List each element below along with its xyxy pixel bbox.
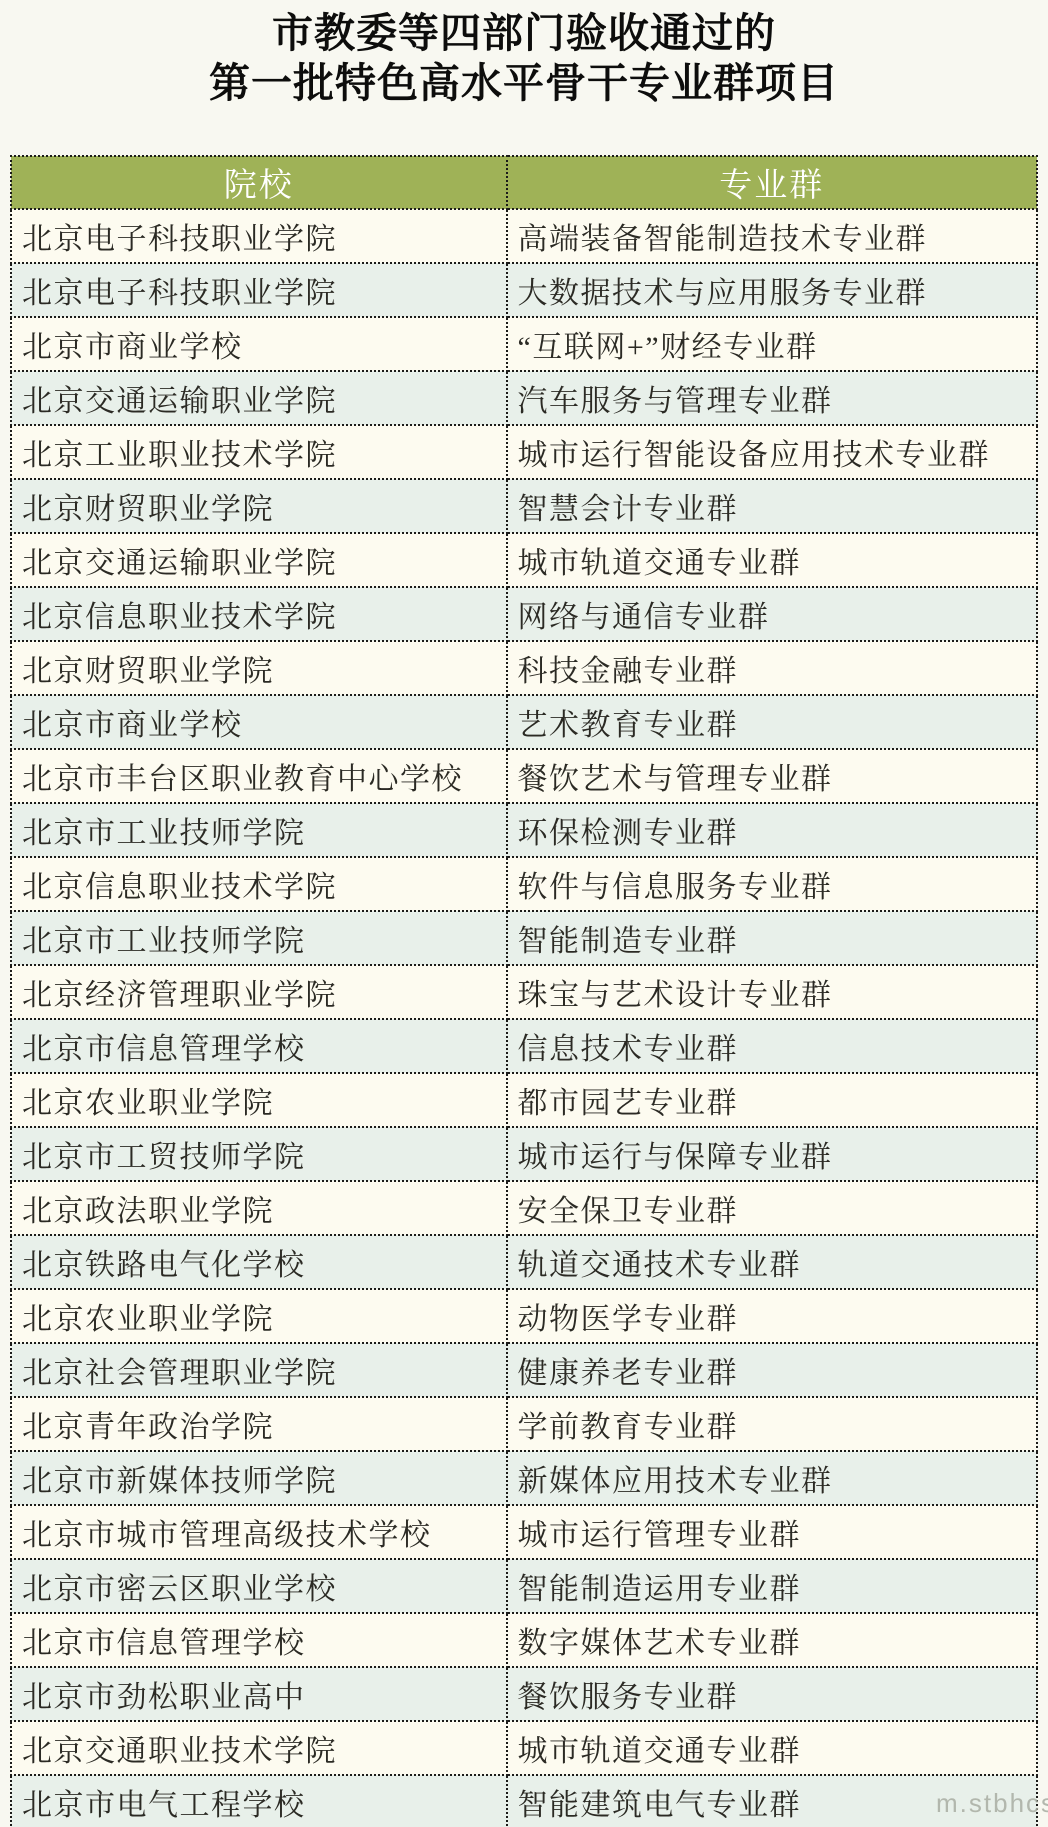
table-row: 北京财贸职业学院科技金融专业群 <box>11 641 1037 695</box>
group-cell: 城市运行智能设备应用技术专业群 <box>507 425 1037 479</box>
school-cell: 北京财贸职业学院 <box>11 641 507 695</box>
group-cell: 动物医学专业群 <box>507 1289 1037 1343</box>
table-row: 北京政法职业学院安全保卫专业群 <box>11 1181 1037 1235</box>
group-cell: “互联网+”财经专业群 <box>507 317 1037 371</box>
table-row: 北京信息职业技术学院软件与信息服务专业群 <box>11 857 1037 911</box>
school-cell: 北京市商业学校 <box>11 317 507 371</box>
school-cell: 北京市信息管理学校 <box>11 1613 507 1667</box>
table-row: 北京财贸职业学院智慧会计专业群 <box>11 479 1037 533</box>
school-cell: 北京电子科技职业学院 <box>11 209 507 263</box>
group-cell: 餐饮艺术与管理专业群 <box>507 749 1037 803</box>
column-header-group: 专业群 <box>507 156 1037 209</box>
school-cell: 北京交通职业技术学院 <box>11 1721 507 1775</box>
group-cell: 数字媒体艺术专业群 <box>507 1613 1037 1667</box>
table-row: 北京市密云区职业学校智能制造运用专业群 <box>11 1559 1037 1613</box>
table-row: 北京交通职业技术学院城市轨道交通专业群 <box>11 1721 1037 1775</box>
school-cell: 北京社会管理职业学院 <box>11 1343 507 1397</box>
school-cell: 北京市电气工程学校 <box>11 1775 507 1827</box>
group-cell: 餐饮服务专业群 <box>507 1667 1037 1721</box>
school-cell: 北京铁路电气化学校 <box>11 1235 507 1289</box>
table-row: 北京电子科技职业学院高端装备智能制造技术专业群 <box>11 209 1037 263</box>
table-body: 北京电子科技职业学院高端装备智能制造技术专业群北京电子科技职业学院大数据技术与应… <box>11 209 1037 1827</box>
group-cell: 新媒体应用技术专业群 <box>507 1451 1037 1505</box>
table-row: 北京农业职业学院都市园艺专业群 <box>11 1073 1037 1127</box>
school-cell: 北京市密云区职业学校 <box>11 1559 507 1613</box>
group-cell: 艺术教育专业群 <box>507 695 1037 749</box>
projects-table: 院校 专业群 北京电子科技职业学院高端装备智能制造技术专业群北京电子科技职业学院… <box>10 155 1038 1827</box>
table-row: 北京市工业技师学院环保检测专业群 <box>11 803 1037 857</box>
school-cell: 北京青年政治学院 <box>11 1397 507 1451</box>
school-cell: 北京交通运输职业学院 <box>11 533 507 587</box>
group-cell: 智能制造运用专业群 <box>507 1559 1037 1613</box>
school-cell: 北京农业职业学院 <box>11 1289 507 1343</box>
school-cell: 北京信息职业技术学院 <box>11 587 507 641</box>
group-cell: 信息技术专业群 <box>507 1019 1037 1073</box>
title-line-1: 市教委等四部门验收通过的 <box>0 8 1048 58</box>
table-row: 北京铁路电气化学校轨道交通技术专业群 <box>11 1235 1037 1289</box>
group-cell: 学前教育专业群 <box>507 1397 1037 1451</box>
school-cell: 北京市城市管理高级技术学校 <box>11 1505 507 1559</box>
table-row: 北京交通运输职业学院城市轨道交通专业群 <box>11 533 1037 587</box>
column-header-school: 院校 <box>11 156 507 209</box>
table-row: 北京工业职业技术学院城市运行智能设备应用技术专业群 <box>11 425 1037 479</box>
group-cell: 智慧会计专业群 <box>507 479 1037 533</box>
table-row: 北京市丰台区职业教育中心学校餐饮艺术与管理专业群 <box>11 749 1037 803</box>
group-cell: 健康养老专业群 <box>507 1343 1037 1397</box>
group-cell: 软件与信息服务专业群 <box>507 857 1037 911</box>
group-cell: 环保检测专业群 <box>507 803 1037 857</box>
school-cell: 北京市工贸技师学院 <box>11 1127 507 1181</box>
group-cell: 智能制造专业群 <box>507 911 1037 965</box>
group-cell: 城市轨道交通专业群 <box>507 533 1037 587</box>
table-row: 北京市信息管理学校数字媒体艺术专业群 <box>11 1613 1037 1667</box>
school-cell: 北京经济管理职业学院 <box>11 965 507 1019</box>
table-row: 北京市信息管理学校信息技术专业群 <box>11 1019 1037 1073</box>
group-cell: 科技金融专业群 <box>507 641 1037 695</box>
school-cell: 北京政法职业学院 <box>11 1181 507 1235</box>
table-row: 北京社会管理职业学院健康养老专业群 <box>11 1343 1037 1397</box>
school-cell: 北京市丰台区职业教育中心学校 <box>11 749 507 803</box>
school-cell: 北京电子科技职业学院 <box>11 263 507 317</box>
table-row: 北京市城市管理高级技术学校城市运行管理专业群 <box>11 1505 1037 1559</box>
school-cell: 北京交通运输职业学院 <box>11 371 507 425</box>
school-cell: 北京信息职业技术学院 <box>11 857 507 911</box>
page: { "title": { "line1": "市教委等四部门验收通过的", "l… <box>0 0 1048 1827</box>
group-cell: 城市轨道交通专业群 <box>507 1721 1037 1775</box>
table-row: 北京经济管理职业学院珠宝与艺术设计专业群 <box>11 965 1037 1019</box>
school-cell: 北京市信息管理学校 <box>11 1019 507 1073</box>
group-cell: 大数据技术与应用服务专业群 <box>507 263 1037 317</box>
table-row: 北京农业职业学院动物医学专业群 <box>11 1289 1037 1343</box>
school-cell: 北京农业职业学院 <box>11 1073 507 1127</box>
school-cell: 北京市工业技师学院 <box>11 911 507 965</box>
table-row: 北京市劲松职业高中餐饮服务专业群 <box>11 1667 1037 1721</box>
group-cell: 都市园艺专业群 <box>507 1073 1037 1127</box>
table-row: 北京市商业学校艺术教育专业群 <box>11 695 1037 749</box>
school-cell: 北京财贸职业学院 <box>11 479 507 533</box>
school-cell: 北京市劲松职业高中 <box>11 1667 507 1721</box>
group-cell: 珠宝与艺术设计专业群 <box>507 965 1037 1019</box>
group-cell: 城市运行与保障专业群 <box>507 1127 1037 1181</box>
group-cell: 城市运行管理专业群 <box>507 1505 1037 1559</box>
page-title: 市教委等四部门验收通过的 第一批特色高水平骨干专业群项目 <box>0 0 1048 108</box>
group-cell: 高端装备智能制造技术专业群 <box>507 209 1037 263</box>
table-row: 北京市商业学校“互联网+”财经专业群 <box>11 317 1037 371</box>
table-row: 北京市工贸技师学院城市运行与保障专业群 <box>11 1127 1037 1181</box>
title-line-2: 第一批特色高水平骨干专业群项目 <box>0 58 1048 108</box>
school-cell: 北京工业职业技术学院 <box>11 425 507 479</box>
group-cell: 汽车服务与管理专业群 <box>507 371 1037 425</box>
group-cell: 网络与通信专业群 <box>507 587 1037 641</box>
school-cell: 北京市工业技师学院 <box>11 803 507 857</box>
table-row: 北京市电气工程学校智能建筑电气专业群 <box>11 1775 1037 1827</box>
table-row: 北京市新媒体技师学院新媒体应用技术专业群 <box>11 1451 1037 1505</box>
group-cell: 安全保卫专业群 <box>507 1181 1037 1235</box>
table-row: 北京信息职业技术学院网络与通信专业群 <box>11 587 1037 641</box>
group-cell: 智能建筑电气专业群 <box>507 1775 1037 1827</box>
table-row: 北京电子科技职业学院大数据技术与应用服务专业群 <box>11 263 1037 317</box>
group-cell: 轨道交通技术专业群 <box>507 1235 1037 1289</box>
table-row: 北京青年政治学院学前教育专业群 <box>11 1397 1037 1451</box>
school-cell: 北京市新媒体技师学院 <box>11 1451 507 1505</box>
header-row: 院校 专业群 <box>11 156 1037 209</box>
school-cell: 北京市商业学校 <box>11 695 507 749</box>
table-row: 北京交通运输职业学院汽车服务与管理专业群 <box>11 371 1037 425</box>
table-row: 北京市工业技师学院智能制造专业群 <box>11 911 1037 965</box>
